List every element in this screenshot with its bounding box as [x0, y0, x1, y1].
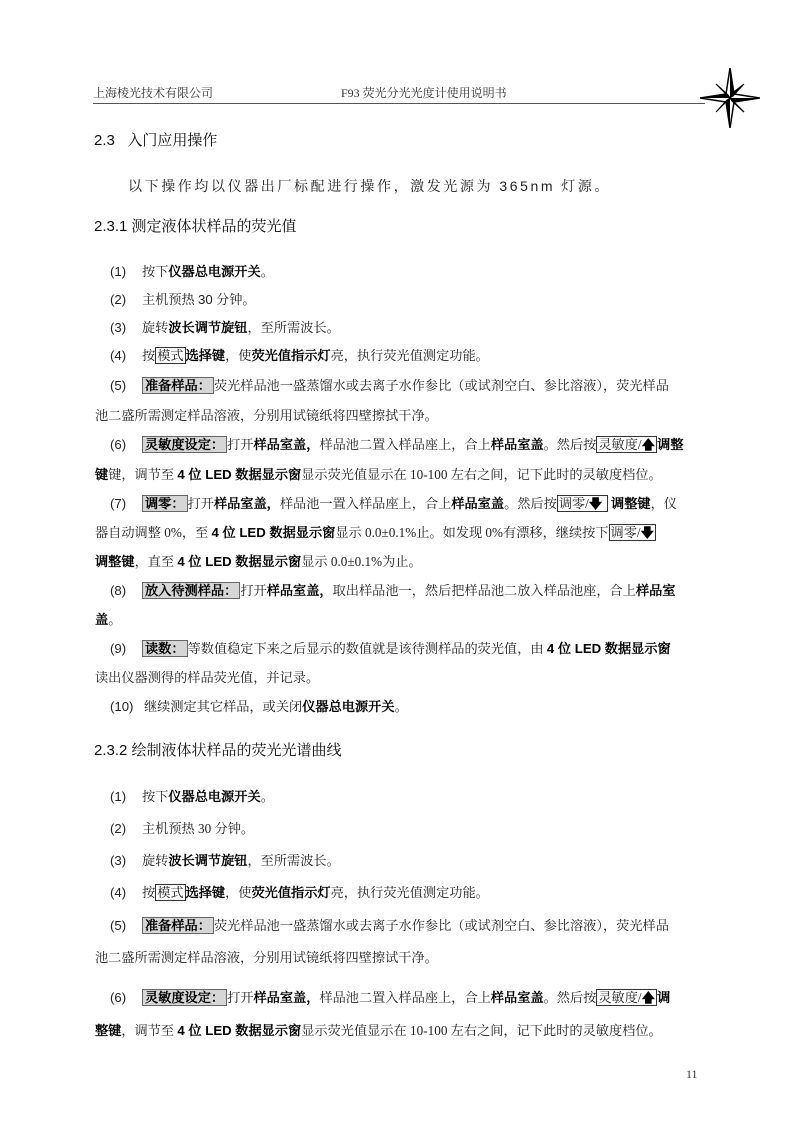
step-1-10: (10)继续测定其它样品，或关闭仪器总电源开关。: [110, 696, 408, 715]
header-divider: [93, 103, 705, 104]
section-heading-2-3-1: 2.3.1 测定液体状样品的荧光值: [94, 215, 297, 236]
step-1-8: (8)放入待测样品：打开样品室盖，取出样品池一，然后把样品池二放入样品池座，合上…: [110, 580, 676, 599]
step-1-1: (1)按下仪器总电源开关。: [110, 261, 274, 280]
step-2-5: (5)准备样品：荧光样品池一盛蒸馏水或去离子水作参比（或试剂空白、参比溶液），荧…: [110, 915, 669, 934]
sensitivity-key-label: 灵敏度/🡅: [596, 436, 657, 453]
mode-key-label: 模式: [155, 884, 185, 901]
step-2-2: (2)主机预热 30 分钟。: [110, 818, 254, 837]
document-title: F93 荧光分光光度计使用说明书: [341, 84, 507, 101]
page-number: 11: [686, 1067, 698, 1082]
arrow-down-icon: 🡇: [589, 496, 603, 511]
step-2-1: (1)按下仪器总电源开关。: [110, 786, 274, 805]
step-1-3: (3)旋转波长调节旋钮，至所需波长。: [110, 317, 340, 336]
step-2-3: (3)旋转波长调节旋钮，至所需波长。: [110, 850, 340, 869]
arrow-down-icon: 🡇: [641, 525, 655, 540]
step-1-5-cont: 池二盛所需测定样品溶液，分别用试镜纸将四壁擦拭干净。: [95, 405, 438, 424]
arrow-up-icon: 🡅: [642, 990, 656, 1005]
step-2-4: (4)按模式选择键，使荧光值指示灯亮，执行荧光值测定功能。: [110, 882, 489, 901]
zero-key-label: 调零/🡇: [609, 524, 657, 541]
page-header: 上海棱光技术有限公司 F93 荧光分光光度计使用说明书: [93, 84, 703, 102]
step-1-6-cont: 键键，调节至 4 位 LED 数据显示窗显示荧光值显示在 10-100 左右之间…: [95, 464, 662, 483]
step-2-6: (6)灵敏度设定：打开样品室盖，样品池二置入样品座上，合上样品室盖。然后按灵敏度…: [110, 987, 670, 1011]
step-2-6-cont: 整键，调节至 4 位 LED 数据显示窗显示荧光值显示在 10-100 左右之间…: [95, 1020, 662, 1039]
step-1-7: (7)调零：打开样品室盖，样品池一置入样品座上，合上样品室盖。然后按调零/🡇 调…: [110, 493, 677, 517]
step-2-5-cont: 池二盛所需测定样品溶液，分别用试镜纸将四壁擦试干净。: [95, 947, 438, 966]
section-heading-2-3-2: 2.3.2 绘制液体状样品的荧光光谱曲线: [94, 739, 342, 760]
step-1-7-cont2: 调整键，直至 4 位 LED 数据显示窗显示 0.0±0.1%为止。: [95, 551, 422, 570]
step-1-6: (6)灵敏度设定：打开样品室盖，样品池二置入样品座上，合上样品室盖。然后按灵敏度…: [110, 434, 684, 458]
step-1-9-cont: 读出仪器测得的样品荧光值，并记录。: [95, 667, 319, 686]
step-1-5: (5)准备样品：荧光样品池一盛蒸馏水或去离子水作参比（或试剂空白、参比溶液），荧…: [110, 375, 669, 394]
step-label: 准备样品：: [142, 377, 214, 394]
sensitivity-key-label: 灵敏度/🡅: [596, 989, 657, 1006]
zero-key-label: 调零/🡇: [557, 495, 608, 512]
intro-paragraph: 以下操作均以仪器出厂标配进行操作，激发光源为 365nm 灯源。: [128, 176, 611, 196]
step-1-4: (4)按模式选择键，使荧光值指示灯亮，执行荧光值测定功能。: [110, 345, 489, 364]
company-name: 上海棱光技术有限公司: [93, 84, 213, 101]
step-1-9: (9)读数：等数值稳定下来之后显示的数值就是该待测样品的荧光值，由 4 位 LE…: [110, 638, 671, 657]
step-1-8-cont: 盖。: [95, 609, 121, 628]
mode-key-label: 模式: [155, 347, 185, 364]
step-1-7-cont1: 器自动调整 0%，至 4 位 LED 数据显示窗显示 0.0±0.1%止。如发现…: [95, 522, 656, 546]
step-1-2: (2)主机预热 30 分钟。: [110, 289, 256, 308]
compass-star-icon: [700, 68, 760, 128]
arrow-up-icon: 🡅: [642, 437, 656, 452]
section-heading-2-3: 2.3 入门应用操作: [94, 129, 217, 150]
